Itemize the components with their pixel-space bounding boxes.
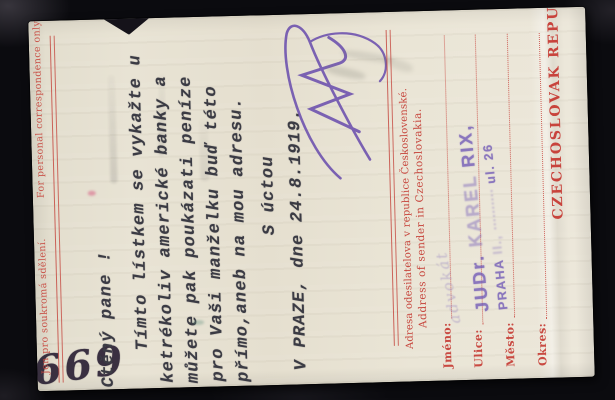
postcard: 669 Jen pro soukromá sdělení. For person… [28, 7, 594, 391]
field-label-street: Ulice: [471, 325, 485, 368]
handstamp-title: JUDr. [467, 253, 492, 313]
handwritten-note: advokát [432, 249, 464, 325]
field-label-name: Jméno: [440, 318, 454, 369]
pink-fleck [88, 191, 96, 196]
message-salutation: Ctěný pane ! [96, 250, 119, 387]
ink-smudge [108, 75, 118, 183]
handstamp-firstname: KAREL [459, 174, 486, 248]
green-fleck [192, 320, 204, 325]
postcard-surface: 669 Jen pro soukromá sdělení. For person… [28, 7, 594, 391]
caption-private-czech: Jen pro soukromá sdělení. [37, 238, 52, 374]
top-double-rule [50, 36, 64, 383]
dotted-line [527, 33, 547, 319]
handstamp-surname: RIX, [455, 123, 479, 169]
scanned-postcard-photo: 669 Jen pro soukromá sdělení. For person… [0, 0, 615, 400]
caption-private-english: For personal correspondence only [31, 21, 47, 199]
message-line: přímo,aneb na mou adresu. [227, 97, 253, 382]
message-closing: S úctou [259, 155, 280, 235]
handstamp-district: II., [489, 234, 505, 255]
field-label-city: Město: [503, 318, 517, 367]
country-imprint: CZECHOSLOVAK REPUBLIC [544, 7, 567, 220]
handstamp-street-number: ul. 26 [481, 143, 499, 185]
form-row-district: Okres: [527, 33, 550, 366]
sender-heading: Adresa odesilatelova v republice Českosl… [397, 60, 431, 377]
field-label-district: Okres: [535, 319, 549, 367]
ink-smudge [199, 119, 210, 181]
postcard-content-rotated: Jen pro soukromá sdělení. For personal c… [28, 7, 594, 391]
message-line: ketrékoliv americké banky a [152, 75, 179, 383]
message-line: Tímto lístkem se vykažte u [126, 54, 153, 351]
ink-smudge [158, 74, 165, 156]
